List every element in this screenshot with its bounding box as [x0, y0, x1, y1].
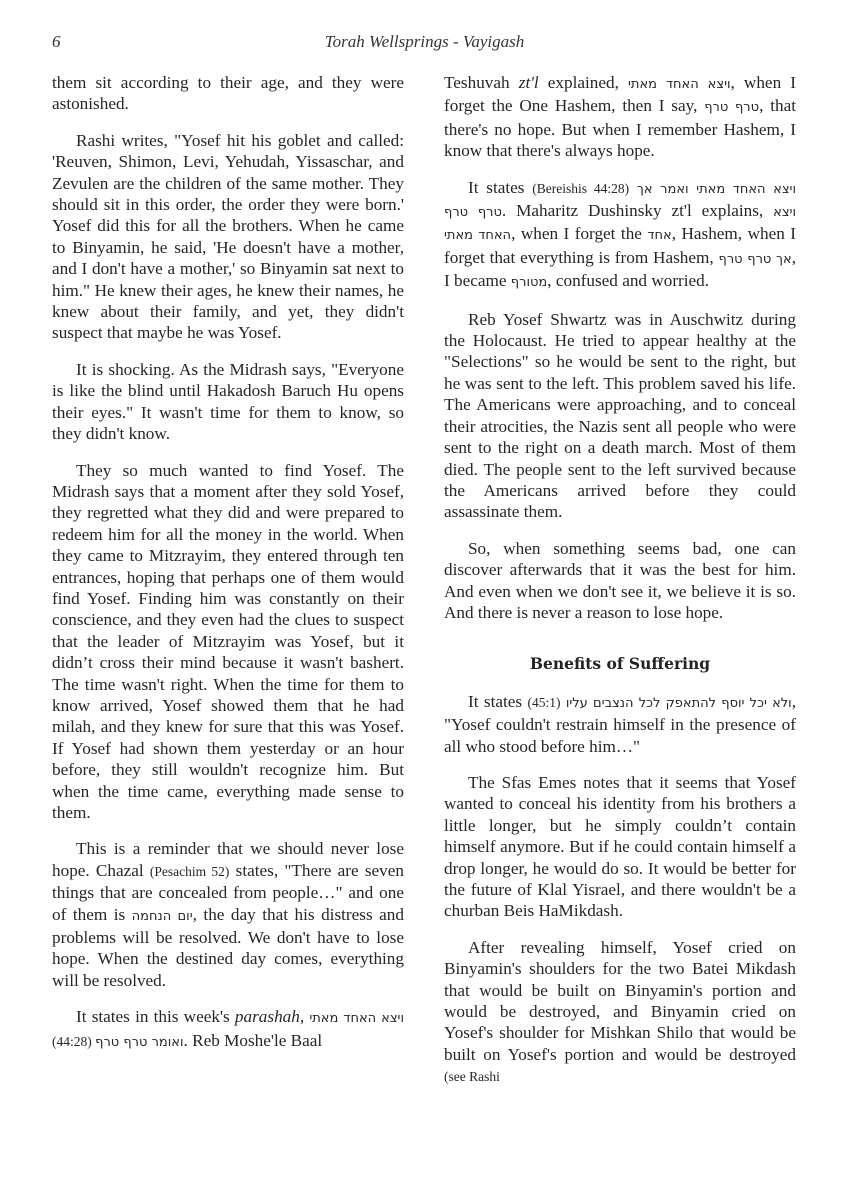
hebrew-text: ולא יכל יוסף להתאפק לכל הנצבים עליו [566, 696, 792, 711]
hebrew-text: טרף טרף [704, 100, 759, 115]
paragraph: Teshuvah zt'l explained, ויצא האחד מאתי,… [444, 72, 796, 162]
text: explained, [539, 73, 628, 92]
italic-term: zt'l [519, 73, 539, 92]
book-title: Torah Wellsprings - Vayigash [52, 32, 797, 52]
section-heading: Benefits of Suffering [444, 653, 796, 674]
source-reference: (Pesachim 52) [150, 864, 230, 879]
paragraph: Reb Yosef Shwartz was in Auschwitz durin… [444, 309, 796, 523]
hebrew-text: אך טרף טרף [719, 252, 792, 267]
running-header: 6 Torah Wellsprings - Vayigash [52, 32, 797, 58]
source-reference: (see Rashi [444, 1069, 500, 1084]
source-reference: (44:28) [52, 1034, 95, 1049]
paragraph: This is a reminder that we should never … [52, 838, 404, 991]
text [629, 178, 637, 197]
text: , when I forget the [511, 224, 647, 243]
hebrew-text: יום הנחמה [132, 909, 193, 924]
paragraph: So, when something seems bad, one can di… [444, 538, 796, 624]
source-reference: (45:1) [527, 695, 560, 710]
paragraph: It states (45:1) ולא יכל יוסף להתאפק לכל… [444, 691, 796, 757]
italic-term: parashah [235, 1007, 300, 1026]
text: . Reb Moshe'le Baal [184, 1031, 323, 1050]
paragraph: It is shocking. As the Midrash says, "Ev… [52, 359, 404, 445]
source-reference: (Bereishis 44:28) [532, 181, 629, 196]
text: After revealing himself, Yosef cried on … [444, 938, 796, 1064]
text: . Maharitz Dushinsky zt'l explains, [502, 201, 773, 220]
text: Teshuvah [444, 73, 519, 92]
paragraph: The Sfas Emes notes that it seems that Y… [444, 772, 796, 922]
paragraph: It states (Bereishis 44:28) ויצא האחד מא… [444, 177, 796, 294]
paragraph: They so much wanted to find Yosef. The M… [52, 460, 404, 824]
hebrew-text: ויצא האחד מאתי [628, 77, 731, 92]
paragraph: Rashi writes, "Yosef hit his goblet and … [52, 130, 404, 344]
text: It states [468, 178, 532, 197]
text: It states in this week's [76, 1007, 235, 1026]
hebrew-text: מטורף [511, 275, 547, 290]
document-page: 6 Torah Wellsprings - Vayigash them sit … [0, 0, 849, 1200]
paragraph: It states in this week's parashah, ויצא … [52, 1006, 404, 1053]
text: It states [468, 692, 527, 711]
paragraph: them sit according to their age, and the… [52, 72, 404, 115]
hebrew-text: אחד [647, 228, 671, 243]
paragraph: After revealing himself, Yosef cried on … [444, 937, 796, 1088]
text: , confused and worried. [547, 271, 709, 290]
left-column: them sit according to their age, and the… [52, 72, 404, 1068]
text: , [300, 1007, 310, 1026]
right-column: Teshuvah zt'l explained, ויצא האחד מאתי,… [444, 72, 796, 1103]
